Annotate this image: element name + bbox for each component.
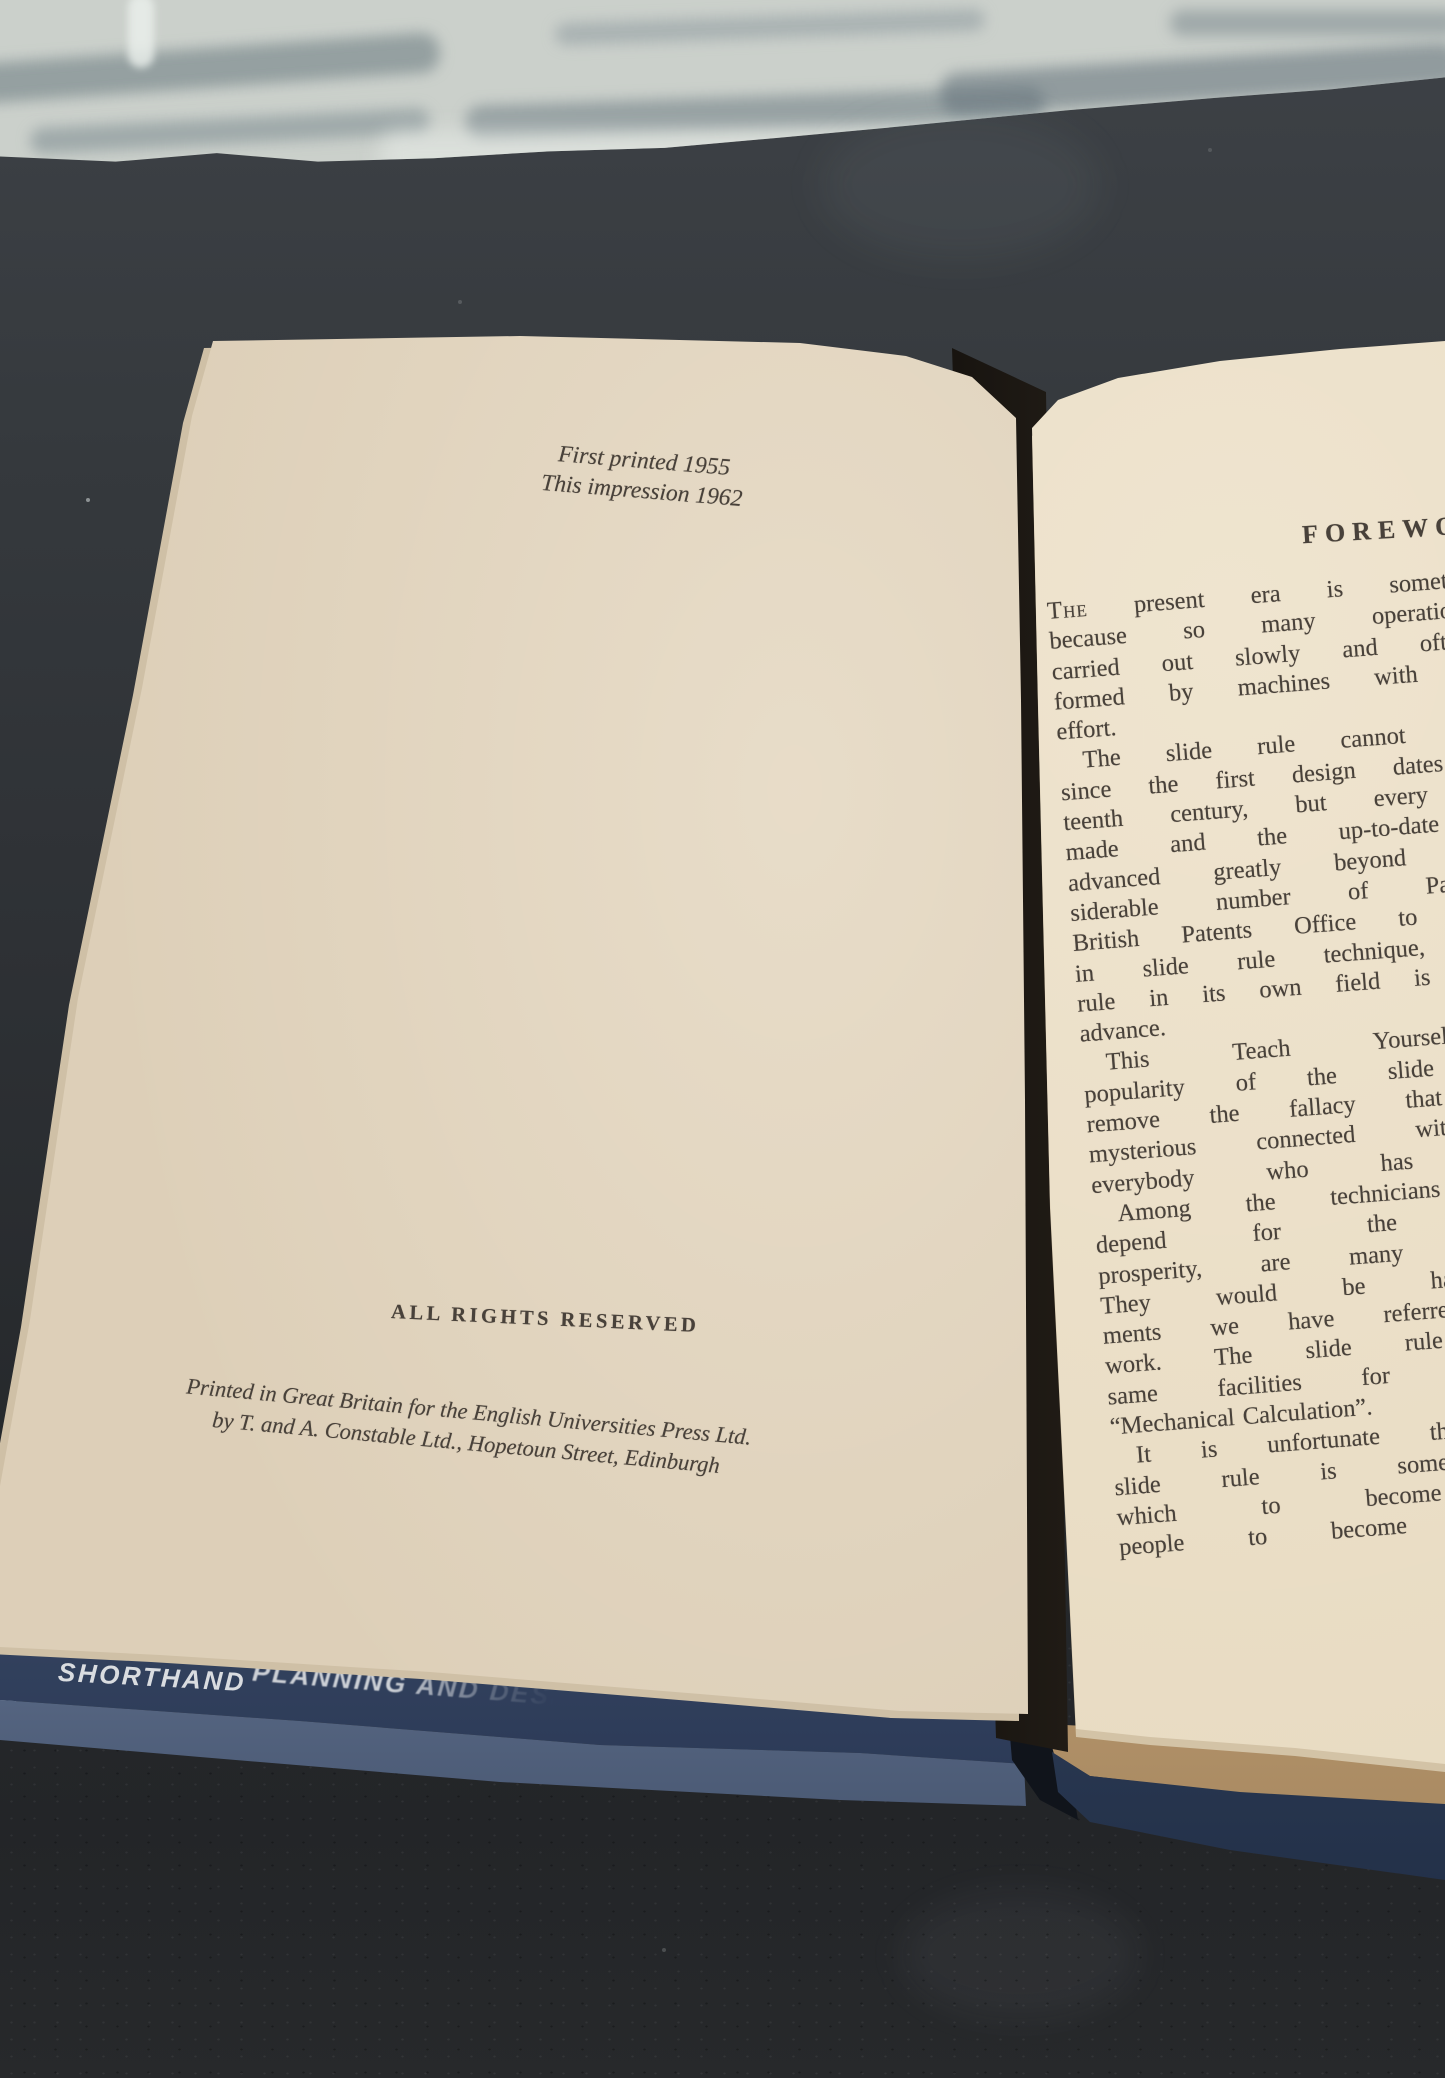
dust-speck xyxy=(86,498,90,502)
mortar-streak xyxy=(939,42,1445,116)
table-smudge xyxy=(820,110,1100,260)
mortar-streak xyxy=(0,32,441,105)
dust-speck xyxy=(458,300,462,304)
dust-speck xyxy=(1208,148,1212,152)
mortar-joint xyxy=(128,0,154,68)
mortar-streak xyxy=(30,108,431,155)
mortar-streak xyxy=(555,9,986,46)
photo-open-book-scene: SHORTHAND PLANNING AND DESI First printe… xyxy=(0,0,1445,2078)
brick-wall xyxy=(0,0,1445,172)
mortar-streak xyxy=(1170,10,1445,36)
small-caps-lead: The xyxy=(1046,595,1089,625)
dust-speck xyxy=(662,1948,666,1952)
